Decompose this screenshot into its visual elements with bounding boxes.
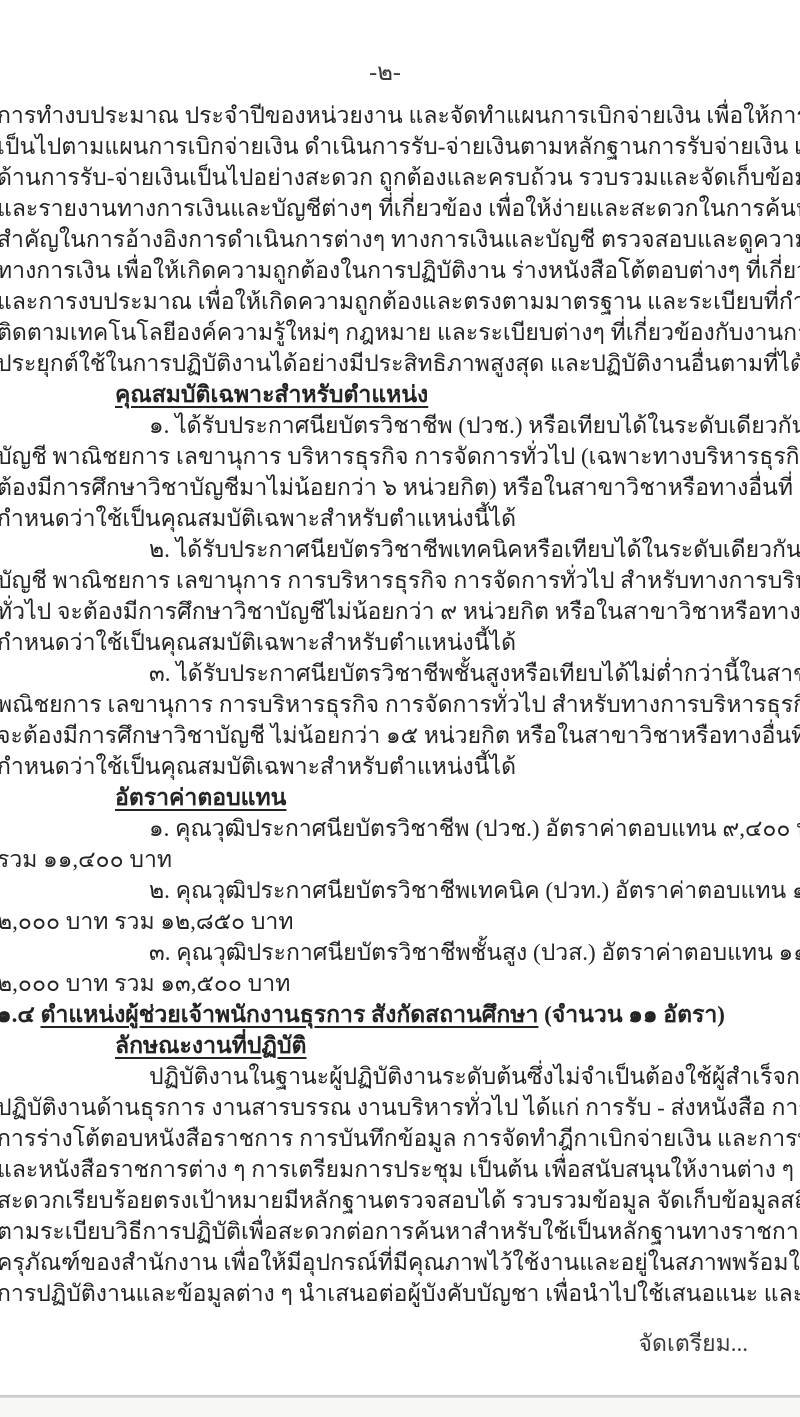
- text-line: ประยุกต์ใช้ในการปฏิบัติงานได้อย่างมีประส…: [0, 348, 800, 379]
- section-heading-text: อัตราค่าตอบแทน: [115, 785, 286, 810]
- position-number: ๑.๔: [0, 1002, 35, 1027]
- section-heading-duties: ลักษณะงานที่ปฏิบัติ: [0, 1030, 800, 1061]
- text-line: การร่างโต้ตอบหนังสือราชการ การบันทึกข้อม…: [0, 1123, 800, 1154]
- section-heading-compensation: อัตราค่าตอบแทน: [0, 782, 800, 813]
- text-line: ทั่วไป จะต้องมีการศึกษาวิชาบัญชีไม่น้อยก…: [0, 596, 800, 627]
- text-line: ปฏิบัติงานด้านธุรการ งานสารบรรณ งานบริหา…: [0, 1092, 800, 1123]
- text-line: ตามระเบียบวิธีการปฏิบัติเพื่อสะดวกต่อการ…: [0, 1216, 800, 1247]
- text-line: รวม ๑๑,๔๐๐ บาท: [0, 844, 800, 875]
- text-line: พณิชยการ เลขานุการ การบริหารธุรกิจ การจั…: [0, 689, 800, 720]
- text-line: บัญชี พาณิชยการ เลขานุการ บริหารธุรกิจ ก…: [0, 441, 800, 472]
- text-line: กำหนดว่าใช้เป็นคุณสมบัติเฉพาะสำหรับตำแหน…: [0, 503, 800, 534]
- section-heading-qualifications: คุณสมบัติเฉพาะสำหรับตำแหน่ง: [0, 379, 800, 410]
- text-line: ๑. คุณวุฒิประกาศนียบัตรวิชาชีพ (ปวช.) อั…: [0, 813, 800, 844]
- text-line: ๒. คุณวุฒิประกาศนียบัตรวิชาชีพเทคนิค (ปว…: [0, 875, 800, 906]
- scanned-document-page: -๒- การทำงบประมาณ ประจำปีของหน่วยงาน และ…: [0, 0, 800, 1417]
- text-line: จะต้องมีการศึกษาวิชาบัญชี ไม่น้อยกว่า ๑๕…: [0, 720, 800, 751]
- position-heading: ๑.๔ ตำแหน่งผู้ช่วยเจ้าพนักงานธุรการ สังก…: [0, 999, 800, 1030]
- text-line: ด้านการรับ-จ่ายเงินเป็นไปอย่างสะดวก ถูกต…: [0, 162, 800, 193]
- scan-margin: [0, 1398, 800, 1417]
- text-line: ๑. ได้รับประกาศนียบัตรวิชาชีพ (ปวช.) หรื…: [0, 410, 800, 441]
- text-line: ปฏิบัติงานในฐานะผู้ปฏิบัติงานระดับต้นซึ่…: [0, 1061, 800, 1092]
- text-line: กำหนดว่าใช้เป็นคุณสมบัติเฉพาะสำหรับตำแหน…: [0, 627, 800, 658]
- page-number: -๒-: [0, 52, 770, 91]
- document-content: การทำงบประมาณ ประจำปีของหน่วยงาน และจัดท…: [0, 100, 800, 1309]
- text-line: สำคัญในการอ้างอิงการดำเนินการต่างๆ ทางกา…: [0, 224, 800, 255]
- text-line: บัญชี พาณิชยการ เลขานุการ การบริหารธุรกิ…: [0, 565, 800, 596]
- text-line: สะดวกเรียบร้อยตรงเป้าหมายมีหลักฐานตรวจสอ…: [0, 1185, 800, 1216]
- text-line: ครุภัณฑ์ของสำนักงาน เพื่อให้มีอุปกรณ์ที่…: [0, 1247, 800, 1278]
- text-line: ๓. ได้รับประกาศนียบัตรวิชาชีพชั้นสูงหรือ…: [0, 658, 800, 689]
- text-line: การปฏิบัติงานและข้อมูลต่าง ๆ นำเสนอต่อผู…: [0, 1278, 800, 1309]
- text-line: ๒. ได้รับประกาศนียบัตรวิชาชีพเทคนิคหรือเ…: [0, 534, 800, 565]
- text-line: ๒,๐๐๐ บาท รวม ๑๒,๘๕๐ บาท: [0, 906, 800, 937]
- text-line: ๓. คุณวุฒิประกาศนียบัตรวิชาชีพชั้นสูง (ป…: [0, 937, 800, 968]
- position-count: (จำนวน ๑๑ อัตรา): [544, 1002, 725, 1027]
- text-line: ติดตามเทคโนโลยีองค์ความรู้ใหม่ๆ กฎหมาย แ…: [0, 317, 800, 348]
- text-line: และหนังสือราชการต่าง ๆ การเตรียมการประชุ…: [0, 1154, 800, 1185]
- text-line: การทำงบประมาณ ประจำปีของหน่วยงาน และจัดท…: [0, 100, 800, 131]
- text-line: ๒,๐๐๐ บาท รวม ๑๓,๕๐๐ บาท: [0, 968, 800, 999]
- text-line: กำหนดว่าใช้เป็นคุณสมบัติเฉพาะสำหรับตำแหน…: [0, 751, 800, 782]
- continuation-note: จัดเตรียม...: [639, 1326, 748, 1362]
- position-title: ตำแหน่งผู้ช่วยเจ้าพนักงานธุรการ สังกัดสถ…: [41, 1002, 539, 1027]
- text-line: ทางการเงิน เพื่อให้เกิดความถูกต้องในการป…: [0, 255, 800, 286]
- text-line: เป็นไปตามแผนการเบิกจ่ายเงิน ดำเนินการรับ…: [0, 131, 800, 162]
- text-line: ต้องมีการศึกษาวิชาบัญชีมาไม่น้อยกว่า ๖ ห…: [0, 472, 800, 503]
- text-line: และรายงานทางการเงินและบัญชีต่างๆ ที่เกี่…: [0, 193, 800, 224]
- section-heading-text: ลักษณะงานที่ปฏิบัติ: [115, 1033, 306, 1058]
- text-line: และการงบประมาณ เพื่อให้เกิดความถูกต้องแล…: [0, 286, 800, 317]
- section-heading-text: คุณสมบัติเฉพาะสำหรับตำแหน่ง: [115, 382, 428, 407]
